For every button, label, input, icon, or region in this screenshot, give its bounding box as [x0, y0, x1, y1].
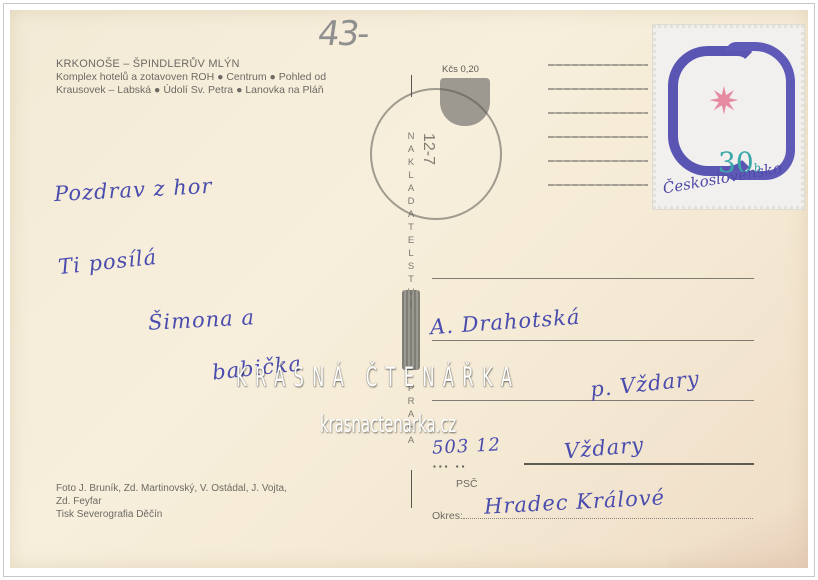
okres-dotted-line	[463, 518, 753, 519]
star-icon: ✷	[708, 83, 740, 121]
address-line-city	[524, 463, 754, 465]
watermark-url: krasnactenarka.cz	[320, 410, 456, 438]
cancellation-line	[548, 112, 648, 114]
address-line	[432, 278, 754, 279]
cancellation-line	[548, 184, 648, 186]
postcard-title: KRKONOŠE – ŠPINDLERŮV MLÝN	[56, 58, 326, 71]
watermark-title: KRÁSNÁ ČTENÁŘKA	[236, 362, 520, 393]
credits-line: Zd. Feyfar	[56, 495, 287, 508]
postage-stamp: ✷ 30h Československo	[653, 25, 804, 209]
center-divider-bottom	[411, 470, 412, 508]
postmark-date: 12-7	[419, 133, 437, 165]
cancellation-line	[548, 88, 648, 90]
credits-line: Foto J. Bruník, Zd. Martinovský, V. Ostá…	[56, 482, 287, 495]
address-line	[432, 340, 754, 341]
pressfoto-logo	[402, 290, 420, 370]
pencil-number: 43-	[315, 14, 370, 54]
caption-line: Krausovek – Labská ● Údolí Sv. Petra ● L…	[56, 84, 326, 97]
cancellation-line	[548, 160, 648, 162]
caption-block: KRKONOŠE – ŠPINDLERŮV MLÝN Komplex hotel…	[56, 58, 326, 97]
cancellation-line	[548, 64, 648, 66]
caption-line: Komplex hotelů a zotavoven ROH ● Centrum…	[56, 71, 326, 84]
psc-label: PSČ	[456, 478, 478, 490]
imprint-value: Kčs 0,20	[442, 64, 479, 75]
okres-label: Okres:	[432, 510, 463, 522]
psc-boxes: ▪▪▪ ▪▪	[433, 462, 467, 471]
postmark: 12-7	[370, 88, 502, 220]
credits-block: Foto J. Bruník, Zd. Martinovský, V. Ostá…	[56, 482, 287, 521]
cancellation-line	[548, 136, 648, 138]
credits-line: Tisk Severografia Děčín	[56, 508, 287, 521]
